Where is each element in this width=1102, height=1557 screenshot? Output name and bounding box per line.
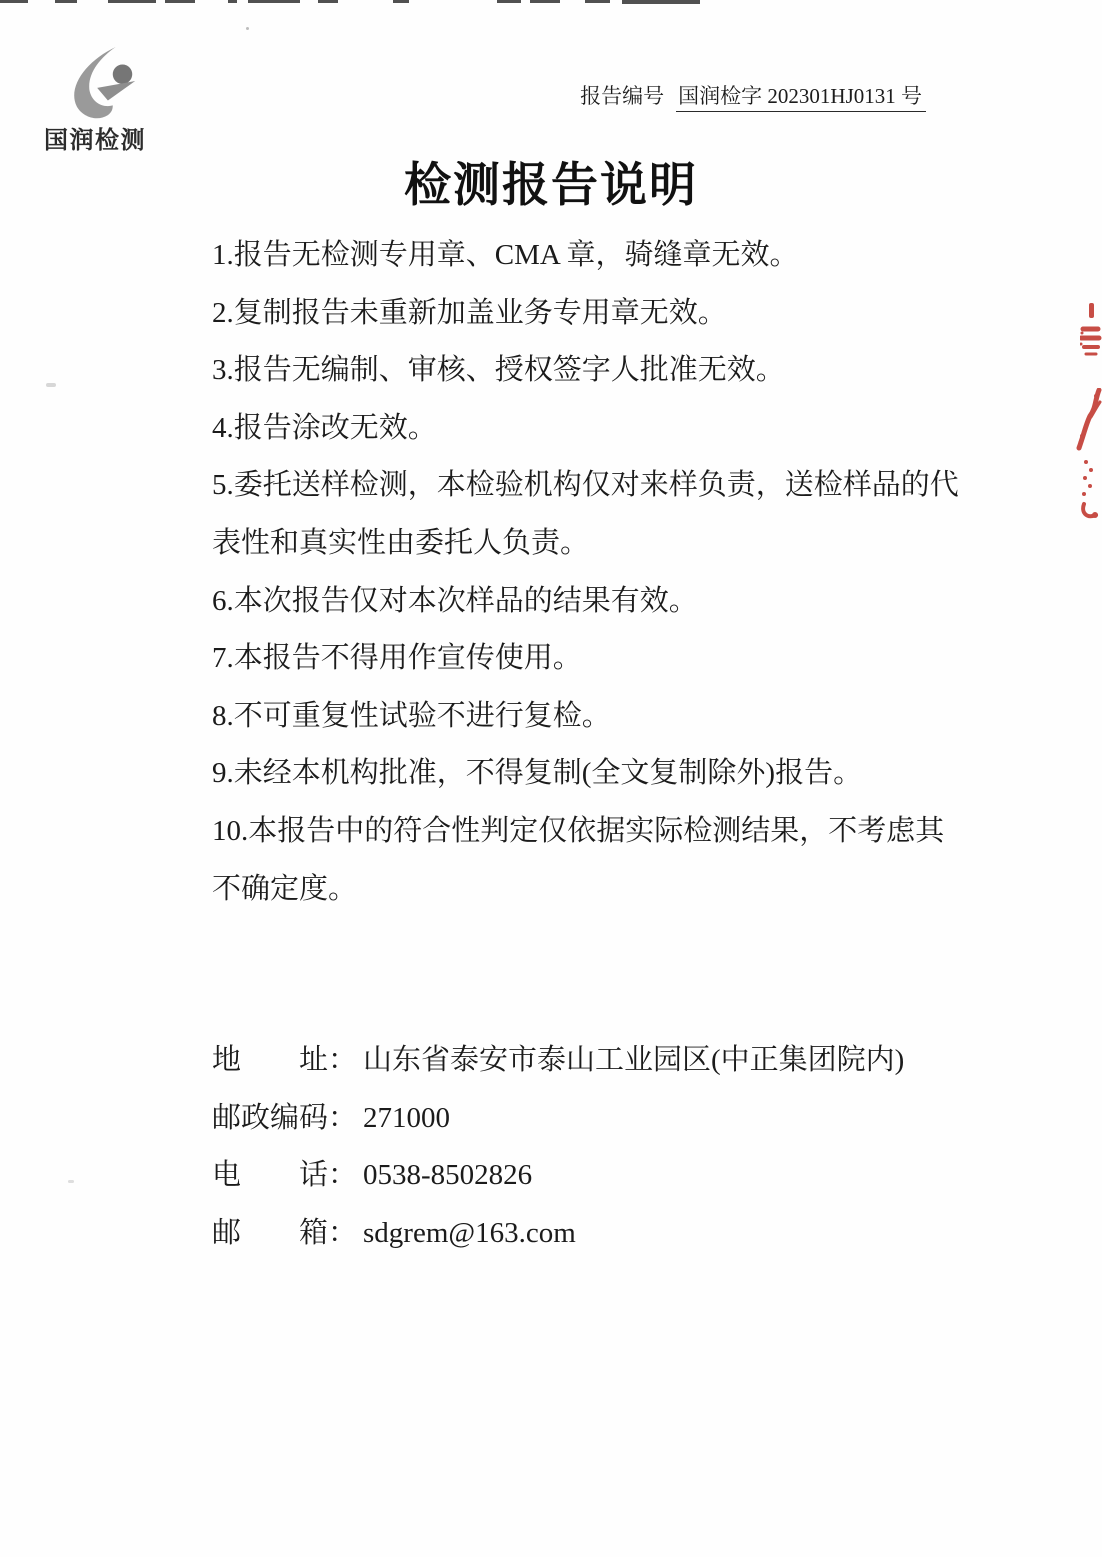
scan-artifact-dash: [0, 0, 28, 3]
scan-artifact-dash: [228, 0, 237, 3]
report-number-value: 国润检字 202301HJ0131 号: [676, 84, 926, 112]
note-item-5: 5.委托送样检测，本检验机构仅对来样负责，送检样品的代 表性和真实性由委托人负责…: [212, 457, 992, 572]
note-item-4: 4.报告涂改无效。: [212, 400, 992, 458]
scan-artifact-speck: [46, 383, 56, 387]
contact-value: 271000: [363, 1102, 450, 1134]
note-item-10: 10.本报告中的符合性判定仅依据实际检测结果，不考虑其 不确定度。: [212, 803, 992, 918]
contact-label: 电话: [212, 1147, 328, 1205]
company-logo: 国润检测: [44, 46, 164, 155]
scan-artifact-dash: [497, 0, 521, 3]
note-item-7: 7.本报告不得用作宣传使用。: [212, 630, 992, 688]
scan-artifact-dash: [55, 0, 77, 3]
scan-artifact-dash: [585, 0, 610, 3]
contact-row-phone: 电话：0538-8502826: [212, 1147, 972, 1205]
contact-colon: ：: [328, 1090, 357, 1148]
contact-label: 邮箱: [212, 1205, 328, 1263]
report-number-label: 报告编号: [580, 84, 664, 108]
contact-label: 邮政编码: [212, 1090, 328, 1148]
scan-artifact-speck: [246, 27, 249, 30]
note-item-9: 9.未经本机构批准，不得复制(全文复制除外)报告。: [212, 745, 992, 803]
seal-stamp-fragment: [1074, 388, 1102, 452]
scan-artifact-speck: [68, 1180, 74, 1183]
scan-artifact-dash: [248, 0, 300, 3]
notes-list: 1.报告无检测专用章、CMA 章，骑缝章无效。 2.复制报告未重新加盖业务专用章…: [212, 227, 992, 918]
scan-artifact-dash: [622, 0, 700, 4]
contact-value: 0538-8502826: [363, 1159, 532, 1191]
contact-colon: ：: [328, 1147, 357, 1205]
scan-artifact-dash: [393, 0, 409, 3]
contact-row-email: 邮箱：sdgrem@163.com: [212, 1205, 972, 1263]
contact-block: 地址：山东省泰安市泰山工业园区(中正集团院内) 邮政编码：271000 电话：0…: [212, 1032, 972, 1262]
scan-artifact-dash: [165, 0, 195, 3]
contact-row-address: 地址：山东省泰安市泰山工业园区(中正集团院内): [212, 1032, 972, 1090]
note-item-6: 6.本次报告仅对本次样品的结果有效。: [212, 573, 992, 631]
seal-stamp-fragment: [1078, 458, 1102, 522]
note-item-3: 3.报告无编制、审核、授权签字人批准无效。: [212, 342, 992, 400]
contact-label: 地址: [212, 1032, 328, 1090]
contact-colon: ：: [328, 1205, 357, 1263]
seal-stamp-fragment: [1080, 303, 1102, 365]
scanned-report-page: 国润检测 报告编号国润检字 202301HJ0131 号 检测报告说明 1.报告…: [0, 0, 1102, 1557]
report-number-line: 报告编号国润检字 202301HJ0131 号: [580, 80, 926, 110]
contact-value: 山东省泰安市泰山工业园区(中正集团院内): [363, 1044, 904, 1076]
note-item-2: 2.复制报告未重新加盖业务专用章无效。: [212, 285, 992, 343]
scan-artifact-dash: [108, 0, 156, 3]
contact-value: sdgrem@163.com: [363, 1217, 576, 1249]
note-item-8: 8.不可重复性试验不进行复检。: [212, 688, 992, 746]
logo-swoosh-icon: [56, 46, 152, 120]
page-title: 检测报告说明: [0, 148, 1102, 215]
note-item-1: 1.报告无检测专用章、CMA 章，骑缝章无效。: [212, 227, 992, 285]
contact-row-postcode: 邮政编码：271000: [212, 1090, 972, 1148]
scan-artifact-dash: [318, 0, 338, 3]
scan-artifact-dash: [530, 0, 560, 3]
contact-colon: ：: [328, 1032, 357, 1090]
